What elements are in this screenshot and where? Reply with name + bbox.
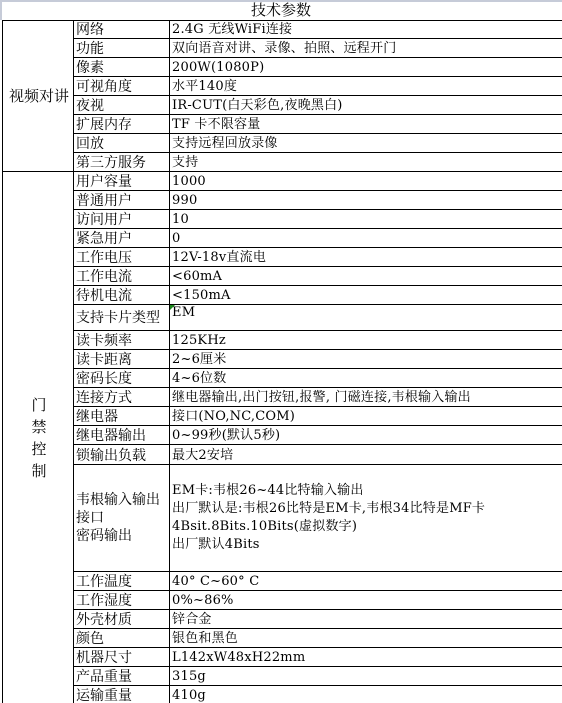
spec-label: 工作电流 xyxy=(74,267,170,286)
spec-table: 视频对讲 网络 2.4G 无线WiFi连接 功能 双向语音对讲、录像、拍照、远程… xyxy=(2,20,562,703)
value-line: EM卡:韦根26~44比特输入输出 xyxy=(172,482,562,500)
spec-value: 0~99秒(默认5秒) xyxy=(170,426,562,445)
spec-row: 连接方式 继电器输出,出门按钮,报警, 门磁连接,韦根输入输出 xyxy=(3,388,562,407)
spec-row: 视频对讲 网络 2.4G 无线WiFi连接 xyxy=(3,21,562,39)
spec-value-text: EM xyxy=(172,305,195,320)
spec-row: 功能 双向语音对讲、录像、拍照、远程开门 xyxy=(3,39,562,58)
spec-value: 40° C~60° C xyxy=(170,572,562,591)
spec-value: 支持 xyxy=(170,153,562,172)
spec-value: 继电器输出,出门按钮,报警, 门磁连接,韦根输入输出 xyxy=(170,388,562,407)
spec-row: 密码长度 4~6位数 xyxy=(3,369,562,388)
spec-value: 12V-18v直流电 xyxy=(170,248,562,267)
spec-row: 读卡频率 125KHz xyxy=(3,331,562,350)
spec-value: 接口(NO,NC,COM) xyxy=(170,407,562,426)
spec-value-wiegand: EM卡:韦根26~44比特输入输出 出厂默认是:韦根26比特是EM卡,韦根34比… xyxy=(170,465,562,572)
label-line: 韦根输入输出 xyxy=(76,491,169,509)
spec-value: 支持远程回放录像 xyxy=(170,134,562,153)
value-line: 出厂默认是:韦根26比特是EM卡,韦根34比特是MF卡 xyxy=(172,500,562,518)
spec-value: L142xW48xH22mm xyxy=(170,648,562,667)
spec-label: 像素 xyxy=(74,58,170,77)
spec-label: 继电器 xyxy=(74,407,170,426)
spec-row: 夜视 IR-CUT(白天彩色,夜晚黑白) xyxy=(3,96,562,115)
spec-label: 夜视 xyxy=(74,96,170,115)
spec-label: 工作电压 xyxy=(74,248,170,267)
spec-value: 2~6厘米 xyxy=(170,350,562,369)
spec-row: 紧急用户 0 xyxy=(3,229,562,248)
value-line: 出厂默认4Bits xyxy=(172,536,562,554)
spec-row: 门 禁 控 制 用户容量 1000 xyxy=(3,172,562,191)
spec-label: 读卡频率 xyxy=(74,331,170,350)
spec-label: 连接方式 xyxy=(74,388,170,407)
spec-row: 外壳材质 锌合金 xyxy=(3,610,562,629)
spec-value: 2.4G 无线WiFi连接 xyxy=(170,21,562,39)
spec-label: 用户容量 xyxy=(74,172,170,191)
spec-value: TF 卡不限容量 xyxy=(170,115,562,134)
spec-row: 访问用户 10 xyxy=(3,210,562,229)
spec-label: 运输重量 xyxy=(74,686,170,703)
spec-row: 普通用户 990 xyxy=(3,191,562,210)
spec-row: 待机电流 <150mA xyxy=(3,286,562,305)
spec-label: 第三方服务 xyxy=(74,153,170,172)
spec-label: 普通用户 xyxy=(74,191,170,210)
spec-value: <60mA xyxy=(170,267,562,286)
spec-row-wiegand: 韦根输入输出 接口 密码输出 EM卡:韦根26~44比特输入输出 出厂默认是:韦… xyxy=(3,465,562,572)
spec-row: 扩展内存 TF 卡不限容量 xyxy=(3,115,562,134)
value-line: 4Bsit.8Bits.10Bits(虚拟数字) xyxy=(172,518,562,536)
spec-value: 锌合金 xyxy=(170,610,562,629)
comment-indicator-icon[interactable] xyxy=(170,305,175,310)
spec-value: 0%~86% xyxy=(170,591,562,610)
spec-value: 0 xyxy=(170,229,562,248)
spec-label: 紧急用户 xyxy=(74,229,170,248)
spec-label: 访问用户 xyxy=(74,210,170,229)
spec-label: 功能 xyxy=(74,39,170,58)
spec-label: 读卡距离 xyxy=(74,350,170,369)
spec-value: <150mA xyxy=(170,286,562,305)
spec-label: 支持卡片类型 xyxy=(74,305,170,331)
spec-row: 颜色 银色和黑色 xyxy=(3,629,562,648)
spec-row: 继电器 接口(NO,NC,COM) xyxy=(3,407,562,426)
spec-label: 锁输出负载 xyxy=(74,445,170,465)
spec-row: 产品重量 315g xyxy=(3,667,562,686)
spec-row: 工作湿度 0%~86% xyxy=(3,591,562,610)
spec-row: 工作电压 12V-18v直流电 xyxy=(3,248,562,267)
spec-value: 315g xyxy=(170,667,562,686)
spec-label: 网络 xyxy=(74,21,170,39)
spec-value: 水平140度 xyxy=(170,77,562,96)
spec-value: 双向语音对讲、录像、拍照、远程开门 xyxy=(170,39,562,58)
spec-label: 待机电流 xyxy=(74,286,170,305)
spec-value: 10 xyxy=(170,210,562,229)
group-char: 门 xyxy=(5,394,73,416)
spec-value: 4~6位数 xyxy=(170,369,562,388)
spec-label: 产品重量 xyxy=(74,667,170,686)
spec-label: 外壳材质 xyxy=(74,610,170,629)
spec-value-card-type: EM xyxy=(170,305,562,331)
spec-value: 125KHz xyxy=(170,331,562,350)
spec-row: 读卡距离 2~6厘米 xyxy=(3,350,562,369)
spec-value: 银色和黑色 xyxy=(170,629,562,648)
spec-label: 继电器输出 xyxy=(74,426,170,445)
spec-row: 回放 支持远程回放录像 xyxy=(3,134,562,153)
group-char: 控 xyxy=(5,438,73,460)
spec-value: IR-CUT(白天彩色,夜晚黑白) xyxy=(170,96,562,115)
spec-label-wiegand: 韦根输入输出 接口 密码输出 xyxy=(74,465,170,572)
group-char: 禁 xyxy=(5,416,73,438)
group-char: 制 xyxy=(5,460,73,482)
spec-label: 密码长度 xyxy=(74,369,170,388)
spec-row: 锁输出负载 最大2安培 xyxy=(3,445,562,465)
spec-row: 第三方服务 支持 xyxy=(3,153,562,172)
spec-row: 工作温度 40° C~60° C xyxy=(3,572,562,591)
spec-row: 可视角度 水平140度 xyxy=(3,77,562,96)
group-access-control: 门 禁 控 制 xyxy=(3,172,74,703)
label-line: 密码输出 xyxy=(76,527,169,545)
spec-label: 回放 xyxy=(74,134,170,153)
spec-row: 运输重量 410g xyxy=(3,686,562,703)
spec-label: 扩展内存 xyxy=(74,115,170,134)
spec-row: 工作电流 <60mA xyxy=(3,267,562,286)
spec-label: 机器尺寸 xyxy=(74,648,170,667)
spec-row: 机器尺寸 L142xW48xH22mm xyxy=(3,648,562,667)
spec-value: 最大2安培 xyxy=(170,445,562,465)
spec-value: 410g xyxy=(170,686,562,703)
spec-row: 继电器输出 0~99秒(默认5秒) xyxy=(3,426,562,445)
spec-value: 1000 xyxy=(170,172,562,191)
spec-label: 可视角度 xyxy=(74,77,170,96)
page-title: 技术参数 xyxy=(0,1,562,20)
spec-row: 支持卡片类型 EM xyxy=(3,305,562,331)
spec-row: 像素 200W(1080P) xyxy=(3,58,562,77)
spec-label: 工作温度 xyxy=(74,572,170,591)
spec-value: 200W(1080P) xyxy=(170,58,562,77)
spec-label: 工作湿度 xyxy=(74,591,170,610)
spec-value: 990 xyxy=(170,191,562,210)
label-line: 接口 xyxy=(76,509,169,527)
group-video-intercom: 视频对讲 xyxy=(3,21,74,172)
spec-label: 颜色 xyxy=(74,629,170,648)
